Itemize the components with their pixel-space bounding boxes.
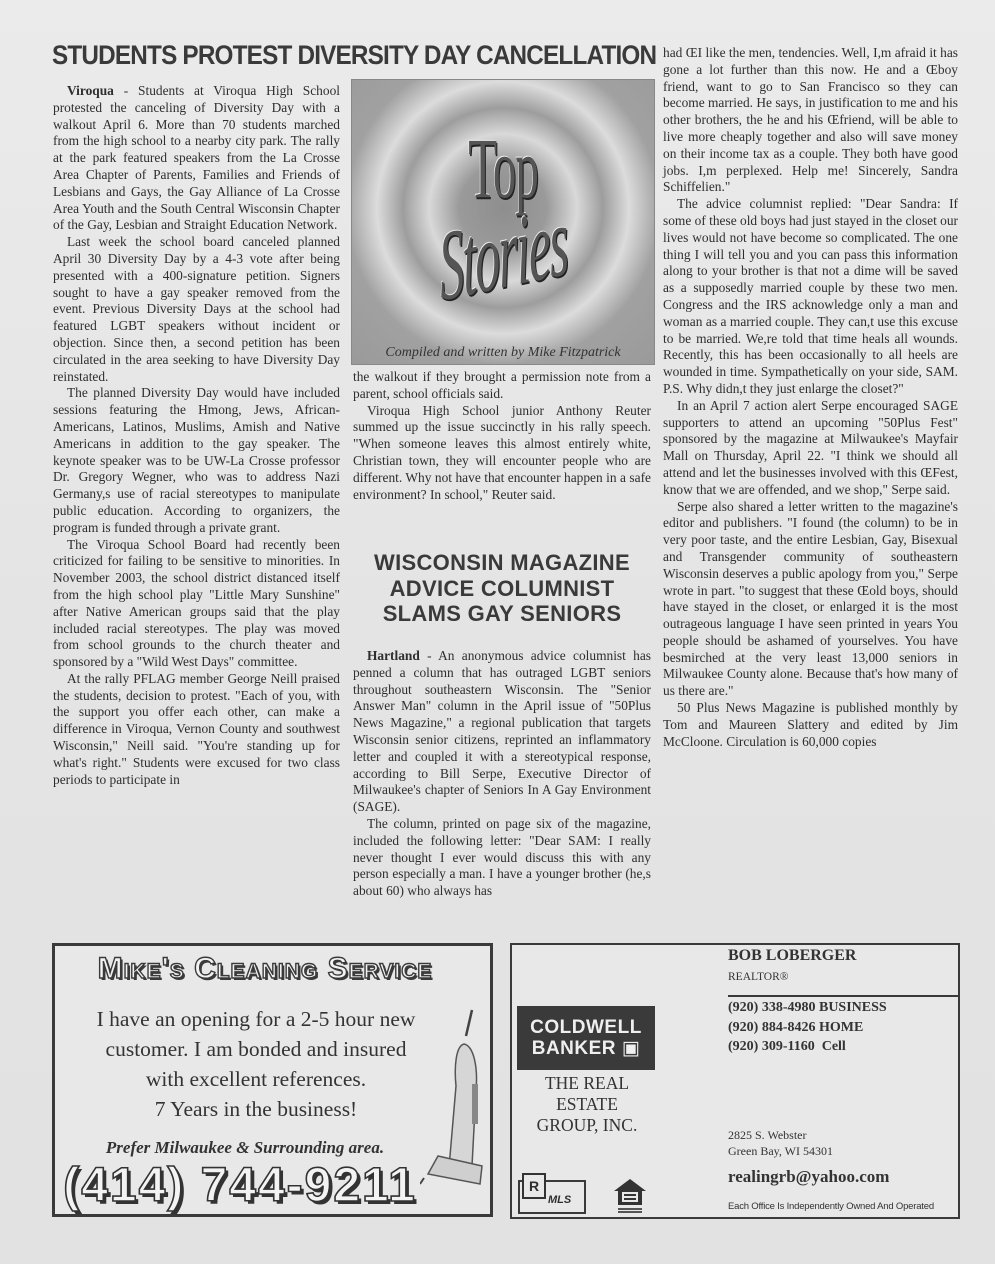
realtor-name: BOB LOBERGER xyxy=(728,947,856,965)
phone-cell: (920) 309-1160 Cell xyxy=(728,1037,887,1057)
article-column-1: Viroqua - Students at Viroqua High Schoo… xyxy=(53,83,340,788)
ad-phone-number: (414) 744-9211 xyxy=(55,1158,425,1213)
article-paragraph: The planned Diversity Day would have inc… xyxy=(53,385,340,536)
realtor-email: realingrb@yahoo.com xyxy=(728,1167,889,1187)
disclaimer: Each Office Is Independently Owned And O… xyxy=(728,1201,934,1212)
article-headline: STUDENTS PROTEST DIVERSITY DAY CANCELLAT… xyxy=(52,40,592,71)
article-paragraph: The column, printed on page six of the m… xyxy=(353,816,651,900)
dateline: Hartland xyxy=(367,648,420,663)
divider xyxy=(728,995,958,997)
article2-column-3: had ŒI like the men, tendencies. Well, I… xyxy=(663,45,958,750)
phone-list: (920) 338-4980 BUSINESS (920) 884-8426 H… xyxy=(728,998,887,1057)
article-paragraph: Hartland - An anonymous advice columnist… xyxy=(353,648,651,816)
article-paragraph: At the rally PFLAG member George Neill p… xyxy=(53,671,340,789)
article-column-2: the walkout if they brought a permission… xyxy=(353,369,651,503)
article-paragraph: In an April 7 action alert Serpe encoura… xyxy=(663,398,958,499)
article2-column-2: Hartland - An anonymous advice columnist… xyxy=(353,648,651,900)
article-paragraph: Last week the school board canceled plan… xyxy=(53,234,340,385)
ad-title: Mike's Cleaning Service xyxy=(55,952,475,986)
article2-headline: WISCONSIN MAGAZINE ADVICE COLUMNIST SLAM… xyxy=(353,550,651,627)
cleaning-service-ad: Mike's Cleaning Service I have an openin… xyxy=(52,943,493,1217)
realtor-title: REALTOR® xyxy=(728,971,789,983)
wisconsin-map-icon: ▣ xyxy=(622,1038,640,1059)
realtor-ad: COLDWELL BANKER ▣ THE REAL ESTATE GROUP,… xyxy=(510,943,960,1219)
equal-housing-opportunity-icon xyxy=(612,1177,648,1215)
realtor-mls-icon: R MLS xyxy=(518,1180,586,1214)
ad-service-area: Prefer Milwaukee & Surrounding area. xyxy=(65,1138,425,1158)
article-paragraph: Viroqua High School junior Anthony Reute… xyxy=(353,403,651,504)
article-paragraph: the walkout if they brought a permission… xyxy=(353,369,651,403)
coldwell-banker-logo: COLDWELL BANKER ▣ xyxy=(517,1006,655,1070)
vacuum-cleaner-icon xyxy=(420,1006,490,1196)
phone-business: (920) 338-4980 BUSINESS xyxy=(728,998,887,1018)
graphic-credit: Compiled and written by Mike Fitzpatrick xyxy=(352,345,654,361)
article-paragraph: The advice columnist replied: "Dear Sand… xyxy=(663,196,958,398)
ad-body: I have an opening for a 2-5 hour new cus… xyxy=(61,1004,451,1124)
phone-home: (920) 884-8426 HOME xyxy=(728,1018,887,1038)
article-paragraph: Viroqua - Students at Viroqua High Schoo… xyxy=(53,83,340,234)
office-address: 2825 S. Webster Green Bay, WI 54301 xyxy=(728,1127,833,1159)
article-paragraph: The Viroqua School Board had recently be… xyxy=(53,537,340,671)
article-paragraph: Serpe also shared a letter written to th… xyxy=(663,499,958,701)
company-name: THE REAL ESTATE GROUP, INC. xyxy=(514,1073,660,1136)
article-paragraph: had ŒI like the men, tendencies. Well, I… xyxy=(663,45,958,196)
dateline: Viroqua xyxy=(67,83,114,98)
article-paragraph: 50 Plus News Magazine is published month… xyxy=(663,700,958,750)
newspaper-page: STUDENTS PROTEST DIVERSITY DAY CANCELLAT… xyxy=(0,0,995,1264)
top-stories-graphic: Top Stories Compiled and written by Mike… xyxy=(351,79,655,365)
